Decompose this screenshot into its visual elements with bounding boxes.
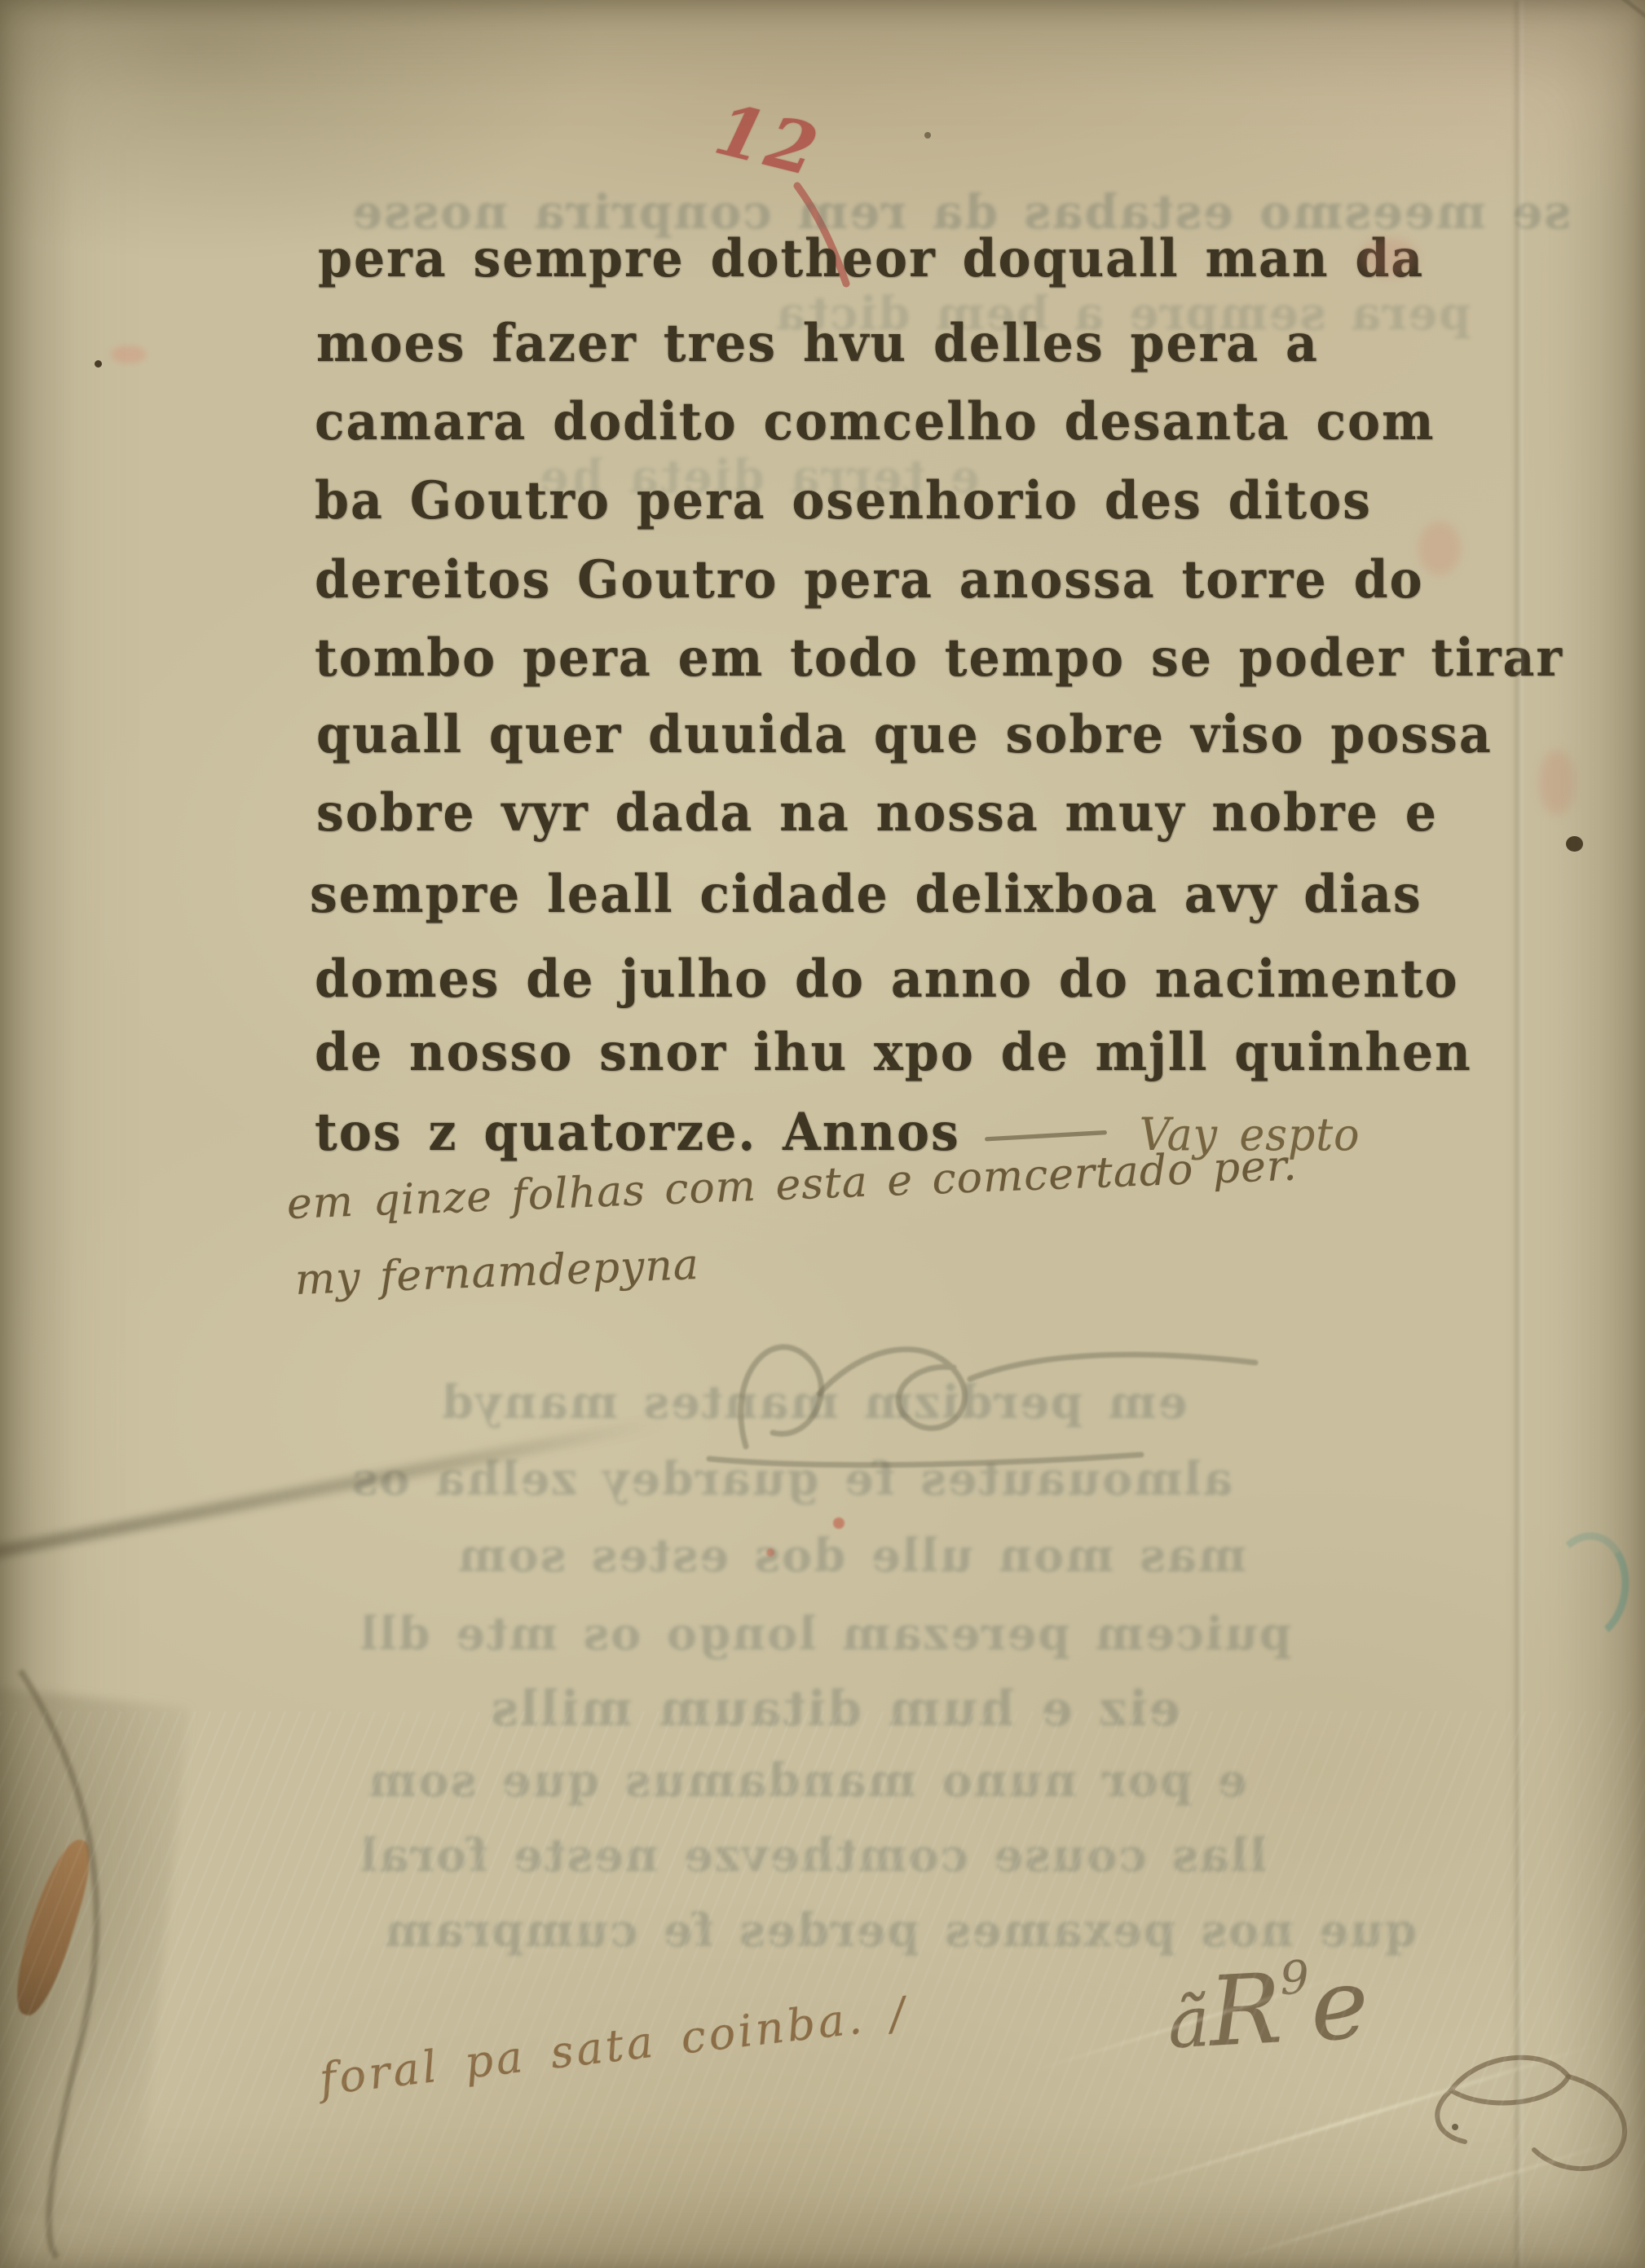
manuscript-line-text: moes fazer tres hvu delles pera a	[316, 314, 1319, 374]
manuscript-line-text: domes de julho do anno do nacimento	[315, 949, 1459, 1010]
manuscript-line: sobre vyr dada na nossa muy nobre e	[316, 787, 1438, 839]
manuscript-line-text: dereitos Goutro pera anossa torre do	[315, 550, 1424, 610]
pen-stroke	[985, 1130, 1107, 1142]
manuscript-line-text: tos z quatorze. Annos	[315, 1103, 960, 1163]
manuscript-line-text: camara dodito comcelho desanta com	[315, 392, 1436, 452]
manuscript-line-text: sobre vyr dada na nossa muy nobre e	[316, 783, 1438, 843]
manuscript-line-text: pera sempre dotheor doquall man da	[318, 229, 1424, 289]
manuscript-line-text: ba Goutro pera osenhorio des ditos	[315, 471, 1372, 531]
manuscript-line-text: quall quer duuida que sobre viso possa	[316, 705, 1493, 765]
manuscript-line: camara dodito comcelho desanta com	[315, 396, 1436, 448]
manuscript-line-text: sempre leall cidade delixboa avy dias	[310, 865, 1422, 925]
manuscript-line-text: tombo pera em todo tempo se poder tirar	[315, 628, 1563, 689]
manuscript-line: tombo pera em todo tempo se poder tirar	[315, 632, 1563, 685]
manuscript-line: ba Goutro pera osenhorio des ditos	[315, 475, 1372, 527]
manuscript-line: pera sempre dotheor doquall man da	[318, 233, 1424, 285]
vertical-crease	[1513, 0, 1524, 2268]
manuscript-line: sempre leall cidade delixboa avy dias	[310, 869, 1422, 921]
manuscript-line: dereitos Goutro pera anossa torre do	[315, 554, 1424, 606]
manuscript-line: moes fazer tres hvu delles pera a	[316, 318, 1319, 370]
manuscript-line: quall quer duuida que sobre viso possa	[316, 709, 1493, 761]
signature-letter: R	[1206, 1952, 1285, 2068]
manuscript-line: de nosso snor ihu xpo de mjll quinhen	[315, 1027, 1472, 1079]
manuscript-line-text: de nosso snor ihu xpo de mjll quinhen	[315, 1023, 1472, 1083]
manuscript-line-text: my fernamdepyna	[294, 1240, 700, 1305]
signature-tail-letter: e	[1308, 1948, 1371, 2064]
manuscript-line: domes de julho do anno do nacimento	[315, 953, 1459, 1006]
manuscript-text-block: pera sempre dotheor doquall man damoes f…	[0, 0, 1645, 2268]
signature-superscript: 9	[1279, 1951, 1311, 2006]
manuscript-line: my fernamdepyna	[294, 1244, 700, 1301]
manuscript-parchment-page: 12 se meesmo estabas da rem conprira nos…	[0, 0, 1645, 2268]
signature-mark: ãR9e	[1165, 1948, 1372, 2072]
